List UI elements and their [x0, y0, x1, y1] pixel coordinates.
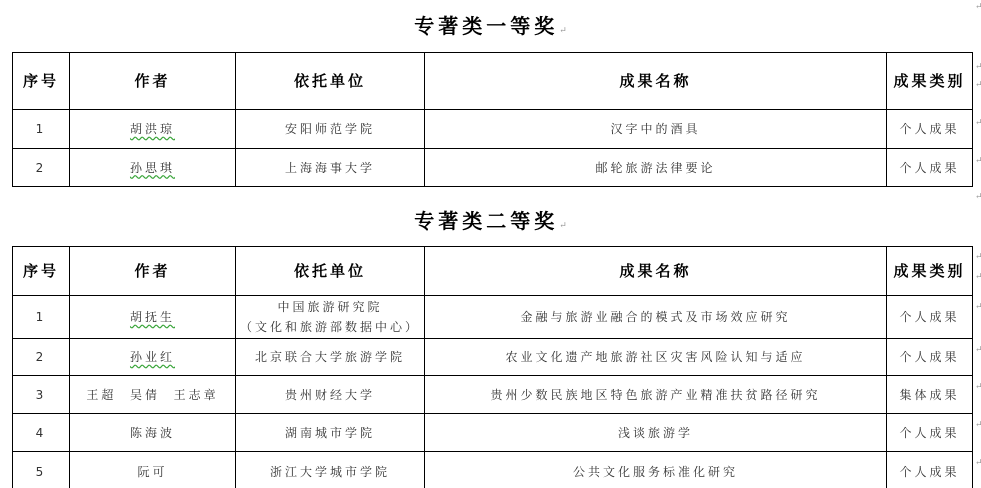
header-author: 作者 — [70, 53, 236, 110]
cell-type: 集体成果 — [887, 376, 973, 414]
table-row: 2 孙业红 北京联合大学旅游学院 农业文化遗产地旅游社区灾害风险认知与适应 个人… — [13, 339, 973, 376]
cell-no: 5 — [13, 452, 70, 488]
paragraph-mark-icon: ↵ — [975, 272, 981, 282]
cell-type: 个人成果 — [887, 110, 973, 149]
cell-author: 孙思琪 — [70, 149, 236, 187]
paragraph-mark-icon: ↵ — [975, 62, 981, 72]
paragraph-mark-icon: ↵ — [559, 221, 567, 231]
header-no: 序号 — [13, 247, 70, 296]
author-name: 孙思琪 — [130, 161, 175, 175]
cell-type: 个人成果 — [887, 452, 973, 488]
cell-unit: 北京联合大学旅游学院 — [236, 339, 425, 376]
table-row: 3 王超 吴倩 王志章 贵州财经大学 贵州少数民族地区特色旅游产业精准扶贫路径研… — [13, 376, 973, 414]
header-author: 作者 — [70, 247, 236, 296]
table-header-row: 序号 作者 依托单位 成果名称 成果类别 — [13, 53, 973, 110]
header-unit: 依托单位 — [236, 247, 425, 296]
cell-work: 汉字中的酒具 — [425, 110, 887, 149]
unit-line-2: （文化和旅游部数据中心） — [236, 317, 424, 337]
cell-type: 个人成果 — [887, 296, 973, 339]
header-work: 成果名称 — [425, 247, 887, 296]
paragraph-mark-icon: ↵ — [975, 345, 981, 355]
section-title-second-prize: 专著类二等奖↵ — [0, 205, 981, 234]
cell-unit: 湖南城市学院 — [236, 414, 425, 452]
cell-work: 邮轮旅游法律要论 — [425, 149, 887, 187]
author-name: 胡抚生 — [130, 310, 175, 324]
cell-no: 2 — [13, 339, 70, 376]
cell-no: 1 — [13, 296, 70, 339]
cell-unit: 浙江大学城市学院 — [236, 452, 425, 488]
paragraph-mark-icon: ↵ — [975, 156, 981, 166]
section-title-first-prize: 专著类一等奖↵ — [0, 10, 981, 39]
paragraph-mark-icon: ↵ — [975, 192, 981, 202]
cell-author: 阮可 — [70, 452, 236, 488]
header-type: 成果类别 — [887, 53, 973, 110]
cell-no: 2 — [13, 149, 70, 187]
header-unit: 依托单位 — [236, 53, 425, 110]
section-title-text: 专著类一等奖 — [414, 14, 558, 38]
cell-type: 个人成果 — [887, 339, 973, 376]
cell-author: 陈海波 — [70, 414, 236, 452]
paragraph-mark-icon: ↵ — [975, 420, 981, 430]
paragraph-mark-icon: ↵ — [559, 26, 567, 36]
paragraph-mark-icon: ↵ — [975, 252, 981, 262]
cell-no: 3 — [13, 376, 70, 414]
paragraph-mark-icon: ↵ — [975, 302, 981, 312]
cell-work: 浅谈旅游学 — [425, 414, 887, 452]
section-title-text: 专著类二等奖 — [414, 209, 558, 233]
cell-work: 农业文化遗产地旅游社区灾害风险认知与适应 — [425, 339, 887, 376]
cell-unit: 贵州财经大学 — [236, 376, 425, 414]
cell-no: 4 — [13, 414, 70, 452]
first-prize-table: 序号 作者 依托单位 成果名称 成果类别 1 胡洪琼 安阳师范学院 汉字中的酒具… — [12, 52, 973, 187]
header-type: 成果类别 — [887, 247, 973, 296]
table-row: 4 陈海波 湖南城市学院 浅谈旅游学 个人成果 — [13, 414, 973, 452]
cell-unit: 安阳师范学院 — [236, 110, 425, 149]
cell-unit: 中国旅游研究院 （文化和旅游部数据中心） — [236, 296, 425, 339]
cell-work: 金融与旅游业融合的模式及市场效应研究 — [425, 296, 887, 339]
table-row: 5 阮可 浙江大学城市学院 公共文化服务标准化研究 个人成果 — [13, 452, 973, 488]
cell-author: 孙业红 — [70, 339, 236, 376]
cell-author: 王超 吴倩 王志章 — [70, 376, 236, 414]
author-name: 胡洪琼 — [130, 122, 175, 136]
cell-no: 1 — [13, 110, 70, 149]
paragraph-mark-icon: ↵ — [975, 458, 981, 468]
unit-line-1: 中国旅游研究院 — [236, 297, 424, 317]
paragraph-mark-icon: ↵ — [975, 382, 981, 392]
paragraph-mark-icon: ↵ — [975, 2, 981, 12]
author-name: 孙业红 — [130, 350, 175, 364]
cell-work: 公共文化服务标准化研究 — [425, 452, 887, 488]
cell-type: 个人成果 — [887, 149, 973, 187]
table-row: 1 胡抚生 中国旅游研究院 （文化和旅游部数据中心） 金融与旅游业融合的模式及市… — [13, 296, 973, 339]
table-row: 2 孙思琪 上海海事大学 邮轮旅游法律要论 个人成果 — [13, 149, 973, 187]
paragraph-mark-icon: ↵ — [975, 118, 981, 128]
table-header-row: 序号 作者 依托单位 成果名称 成果类别 — [13, 247, 973, 296]
header-work: 成果名称 — [425, 53, 887, 110]
cell-work: 贵州少数民族地区特色旅游产业精准扶贫路径研究 — [425, 376, 887, 414]
second-prize-table: 序号 作者 依托单位 成果名称 成果类别 1 胡抚生 中国旅游研究院 （文化和旅… — [12, 246, 973, 488]
header-no: 序号 — [13, 53, 70, 110]
cell-unit: 上海海事大学 — [236, 149, 425, 187]
cell-author: 胡抚生 — [70, 296, 236, 339]
paragraph-mark-icon: ↵ — [975, 80, 981, 90]
table-row: 1 胡洪琼 安阳师范学院 汉字中的酒具 个人成果 — [13, 110, 973, 149]
cell-type: 个人成果 — [887, 414, 973, 452]
cell-author: 胡洪琼 — [70, 110, 236, 149]
